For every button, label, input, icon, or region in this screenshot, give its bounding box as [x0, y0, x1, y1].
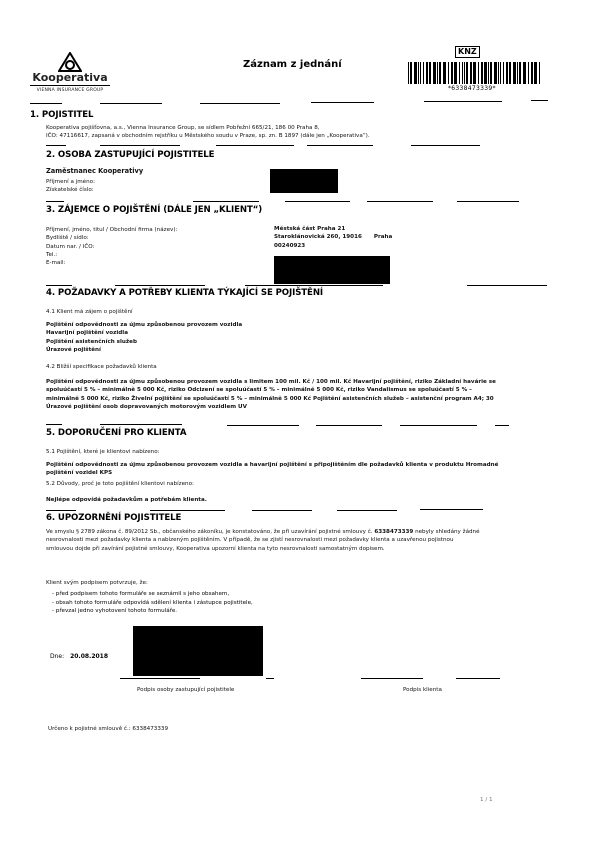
divider [115, 285, 205, 286]
insurer-line-2: IČO: 47116617, zapsaná v obchodním rejst… [46, 132, 370, 140]
section-1-body: Kooperativa pojišťovna, a.s., Vienna Ins… [46, 124, 370, 141]
field-label-agent-number: Získatelské číslo: [46, 186, 95, 194]
field-label-email: E-mail: [46, 259, 276, 267]
address-city: Praha [374, 234, 392, 240]
notice-line-3: smlouvou dojde při zavírání pojistné sml… [46, 545, 586, 553]
spec-line: Pojištění odpovědnosti za újmu způsobeno… [46, 378, 576, 386]
section-2-subheading: Zaměstnanec Kooperativy [46, 167, 143, 175]
divider [245, 285, 383, 286]
divider [420, 509, 483, 510]
field-value-ico: 00240923 [274, 242, 444, 250]
divider [266, 678, 274, 679]
confirmation-list: před podpisem tohoto formuláře se seznám… [52, 590, 253, 616]
divider [367, 201, 433, 202]
section-2-heading: 2. OSOBA ZASTUPUJÍCÍ POJISTITELE [46, 150, 214, 160]
divider [46, 285, 72, 286]
spec-line: Úrazové pojištění osob dopravovaných mot… [46, 403, 576, 411]
field-label-address: Bydliště / sídlo: [46, 234, 276, 242]
offer-line: Pojištění odpovědnosti za újmu způsobeno… [46, 461, 576, 469]
divider [100, 103, 162, 104]
insurer-signature-line [120, 678, 200, 679]
notice-line-2: nesrovnalosti mezi požadavky klienta a n… [46, 536, 586, 544]
section-5-1-label: 5.1 Pojištění, které je klientovi nabíze… [46, 448, 160, 456]
divider [150, 510, 225, 511]
spec-line: minimálně 5 000 Kč, riziko Živelní pojiš… [46, 395, 576, 403]
field-label-birth-ico: Datum nar. / IČO: [46, 243, 276, 251]
divider [100, 424, 182, 425]
barcode-number: *6338473339* [448, 85, 496, 92]
section-3-heading: 3. ZÁJEMCE O POJIŠTĚNÍ (DÁLE JEN „KLIENT… [46, 205, 262, 215]
kooperativa-logo-icon [58, 52, 82, 72]
redacted-contact-info [274, 256, 390, 284]
contract-reference: Určeno k pojistné smlouvě č.: 6338473339 [48, 725, 168, 733]
divider [457, 201, 519, 202]
client-field-values: Městská část Praha 21 Staroklánovická 26… [274, 225, 444, 250]
interest-item: Pojištění asistenčních služeb [46, 338, 242, 346]
divider [252, 510, 312, 511]
divider [46, 510, 76, 511]
insurer-signature-caption: Podpis osoby zastupující pojistitele [137, 686, 234, 694]
document-title: Záznam z jednání [243, 59, 342, 70]
field-label-phone: Tel.: [46, 251, 276, 259]
offered-insurance: Pojištění odpovědnosti za újmu způsobeno… [46, 461, 576, 478]
field-value-address: Staroklánovická 260, 19016Praha [274, 233, 444, 241]
divider [456, 678, 500, 679]
divider [467, 285, 547, 286]
divider [46, 145, 66, 146]
section-5-2-label: 5.2 Důvody, proč je toto pojištění klien… [46, 480, 194, 488]
knz-badge: KNZ [455, 46, 480, 58]
section-4-heading: 4. POŽADAVKY A POTŘEBY KLIENTA TÝKAJÍCÍ … [46, 288, 323, 298]
divider [216, 145, 294, 146]
notice-text: nebyly shledány žádné [413, 529, 479, 535]
client-requirements-spec: Pojištění odpovědnosti za újmu způsobeno… [46, 378, 576, 411]
address-street: Staroklánovická 260, 19016 [274, 234, 362, 240]
interest-item: Úrazové pojištění [46, 346, 242, 354]
section-4-2-label: 4.2 Bližší specifikace požadavků klienta [46, 363, 157, 371]
divider [316, 425, 382, 426]
divider [46, 201, 64, 202]
date-value: 20.08.2018 [70, 653, 108, 660]
confirmation-item: obsah tohoto formuláře odpovídá sdělení … [52, 599, 253, 608]
section-5-heading: 5. DOPORUČENÍ PRO KLIENTA [46, 428, 186, 438]
insurance-interests-list: Pojištění odpovědnosti za újmu způsobeno… [46, 321, 242, 354]
notice-line-1: Ve smyslu § 2789 zákona č. 89/2012 Sb., … [46, 528, 586, 536]
divider [193, 201, 259, 202]
divider [30, 103, 62, 104]
notice-text: Ve smyslu § 2789 zákona č. 89/2012 Sb., … [46, 529, 373, 535]
logo-name: Kooperativa [30, 72, 110, 86]
offer-reason: Nejlépe odpovídá požadavkům a potřebám k… [46, 496, 207, 504]
divider [307, 145, 373, 146]
page-marker: 1 / 1 [480, 796, 493, 804]
offer-line: pojištění vozidel KPS [46, 469, 576, 477]
divider [311, 102, 374, 103]
client-signature-caption: Podpis klienta [403, 686, 442, 694]
divider [337, 510, 397, 511]
confirmation-intro: Klient svým podpisem potvrzuje, že: [46, 579, 148, 587]
section-1-heading: 1. POJISTITEL [30, 110, 93, 120]
logo-subtitle: VIENNA INSURANCE GROUP [30, 88, 110, 93]
field-value-client-name: Městská část Praha 21 [274, 225, 444, 233]
date-row: Dne: 20.08.2018 [50, 653, 108, 660]
notice-contract-number: 6338473339 [374, 529, 413, 535]
divider [100, 145, 180, 146]
kooperativa-logo: Kooperativa VIENNA INSURANCE GROUP [30, 52, 110, 93]
divider [200, 103, 280, 104]
insurer-notice: Ve smyslu § 2789 zákona č. 89/2012 Sb., … [46, 528, 586, 553]
redacted-agent-info [270, 169, 338, 193]
interest-item: Havarijní pojištění vozidla [46, 329, 242, 337]
divider [285, 201, 350, 202]
divider [227, 425, 299, 426]
divider [495, 425, 509, 426]
confirmation-item: před podpisem tohoto formuláře se seznám… [52, 590, 253, 599]
section-4-1-label: 4.1 Klient má zájem o pojištění [46, 308, 133, 316]
divider [424, 101, 502, 102]
confirmation-item: převzal jedno vyhotovení tohoto formulář… [52, 607, 253, 616]
date-label: Dne: [50, 653, 64, 660]
spec-line: spoluúčastí 5 % – minimálně 5 000 Kč, ri… [46, 386, 576, 394]
barcode [408, 62, 541, 84]
client-signature-line [361, 678, 423, 679]
divider [531, 100, 548, 101]
client-field-labels: Příjmení, jméno, titul / Obchodní firma … [46, 226, 276, 267]
divider [400, 425, 477, 426]
divider [411, 145, 480, 146]
divider [46, 424, 62, 425]
field-label-name: Příjmení a jméno: [46, 178, 95, 186]
insurer-line-1: Kooperativa pojišťovna, a.s., Vienna Ins… [46, 124, 370, 132]
redacted-signature [133, 626, 263, 676]
field-label-client-name: Příjmení, jméno, titul / Obchodní firma … [46, 226, 276, 234]
section-6-heading: 6. UPOZORNĚNÍ POJISTITELE [46, 513, 181, 523]
interest-item: Pojištění odpovědnosti za újmu způsobeno… [46, 321, 242, 329]
section-2-fields: Příjmení a jméno: Získatelské číslo: [46, 178, 95, 195]
